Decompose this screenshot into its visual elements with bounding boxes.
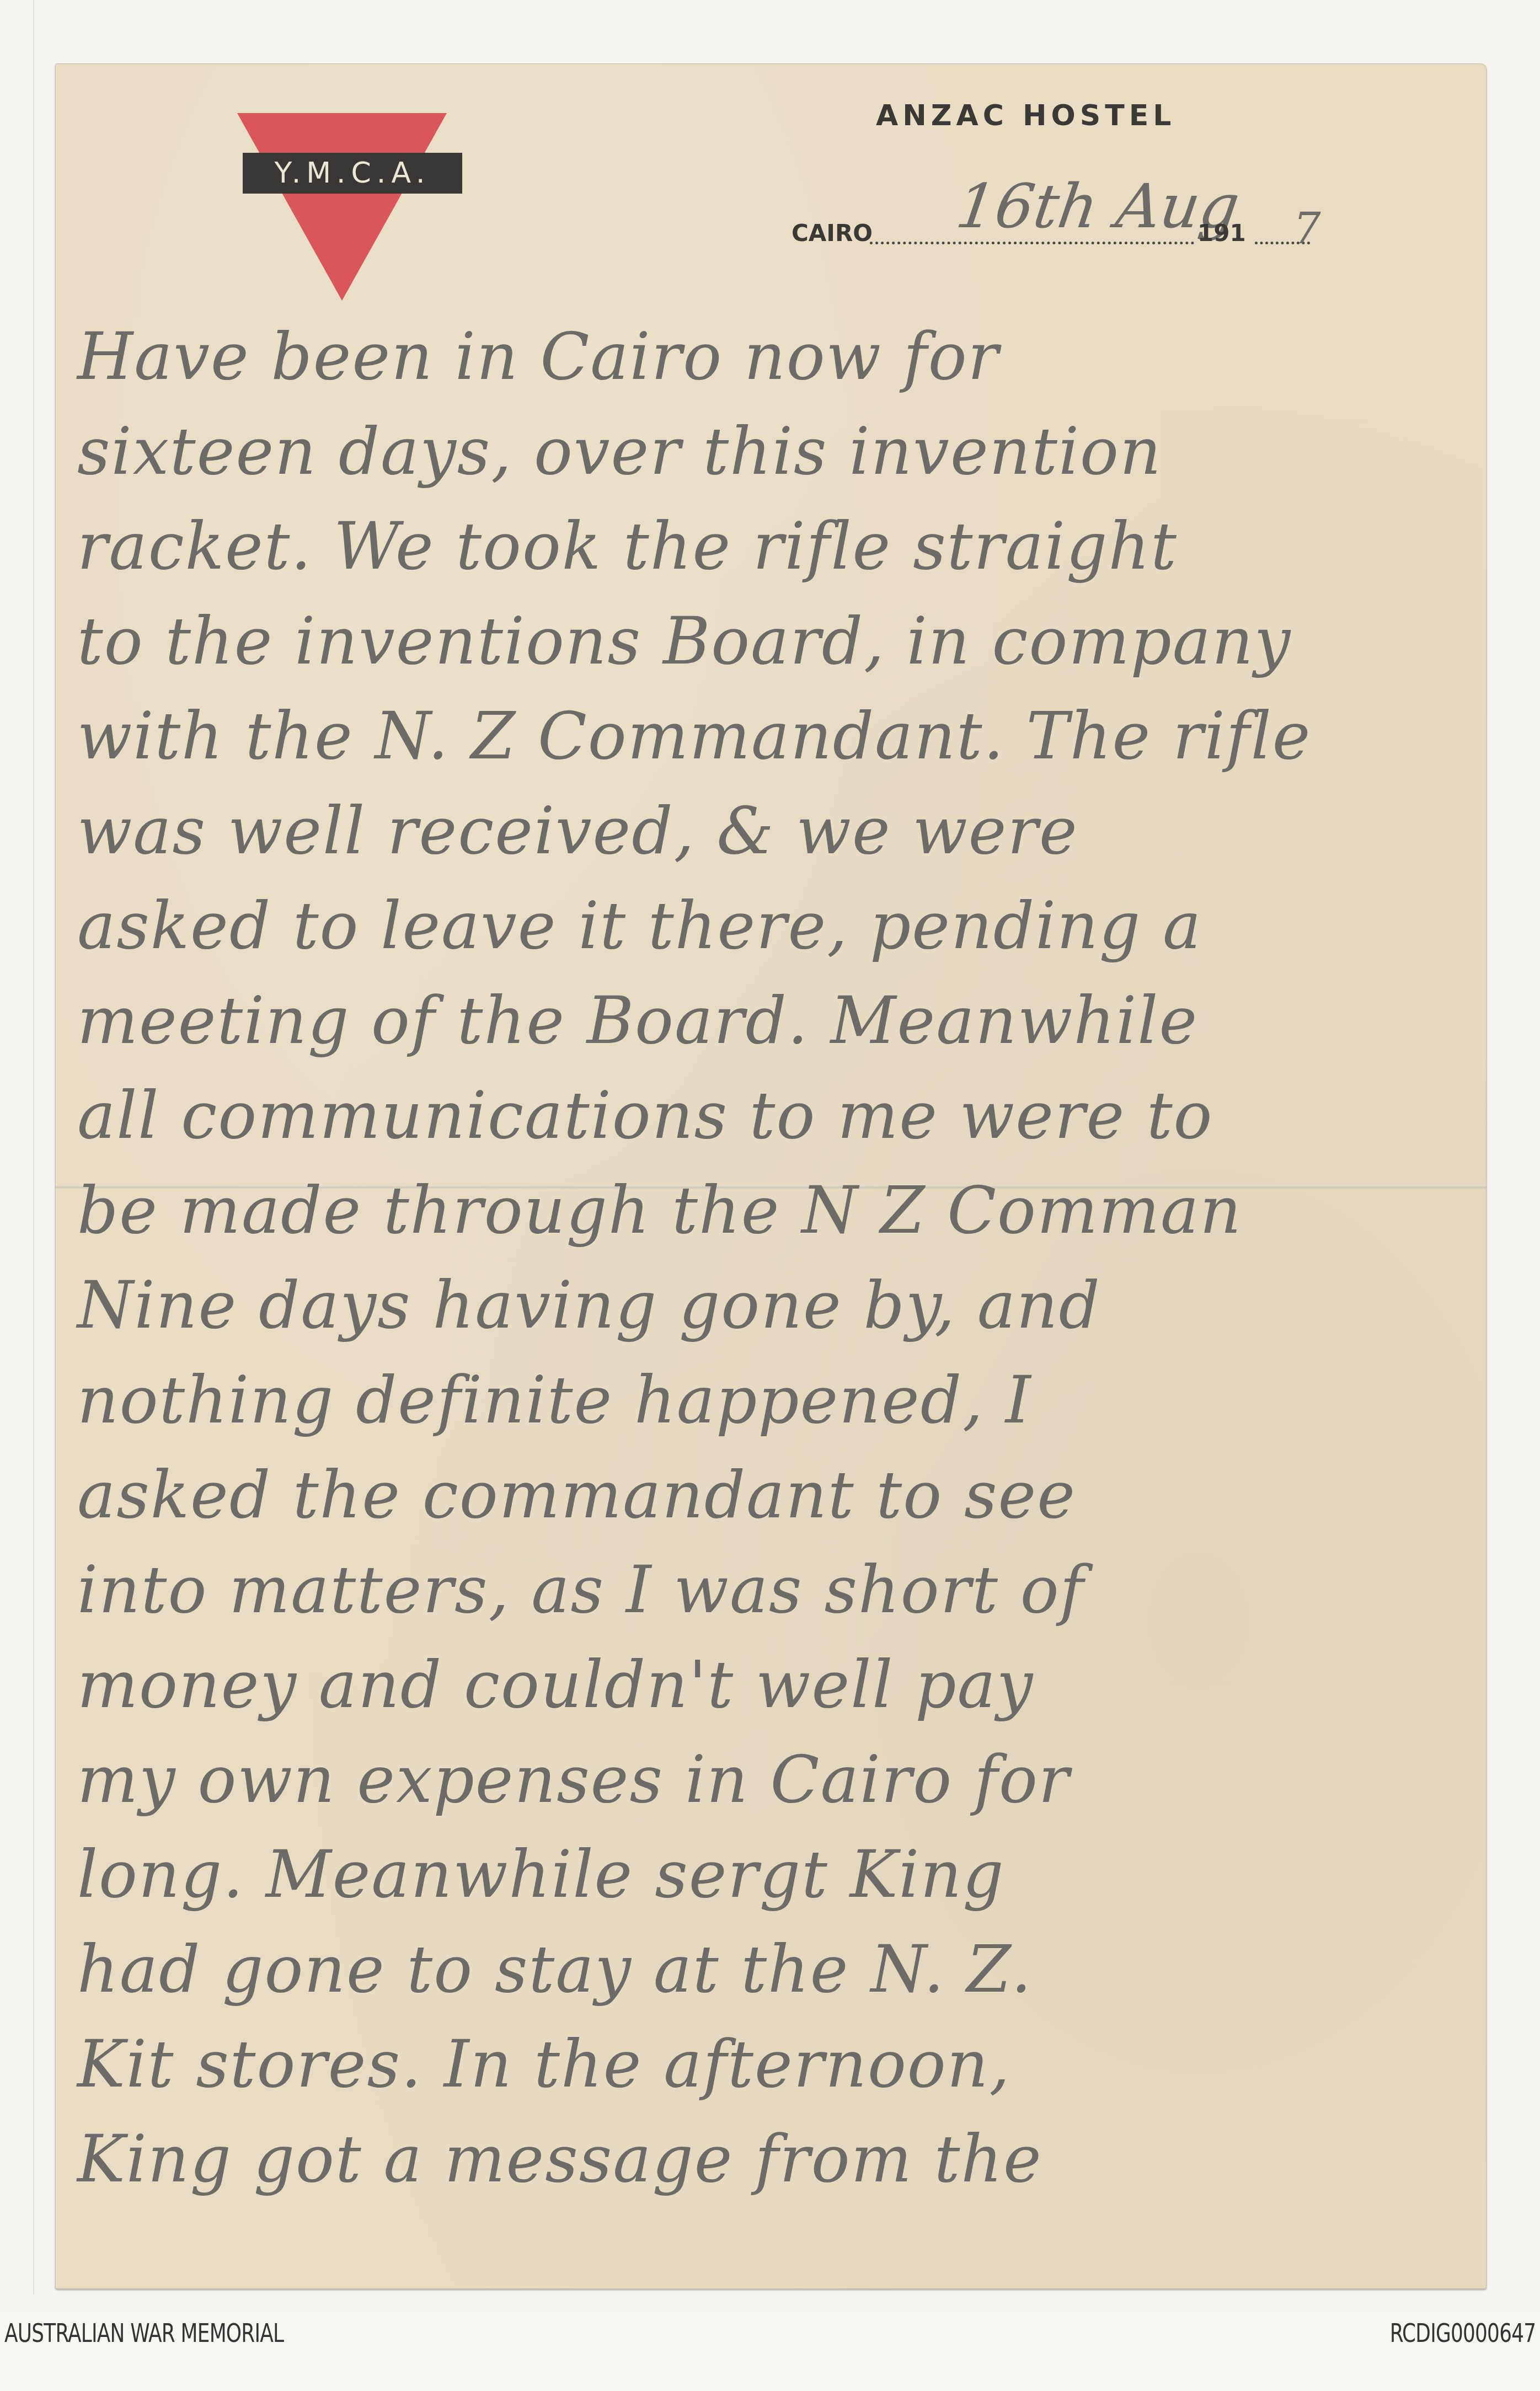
ymca-logo-band: Y.M.C.A.	[243, 153, 462, 194]
handwritten-line: Nine days having gone by, and	[77, 1258, 1445, 1352]
handwritten-year-digit: 7	[1293, 204, 1321, 254]
handwritten-line: sixteen days, over this invention	[77, 404, 1445, 499]
handwritten-line: asked to leave it there, pending a	[77, 878, 1445, 973]
letterhead-city: CAIRO	[792, 220, 873, 247]
dateline: CAIRO 16th Aug 191 7	[792, 215, 1354, 248]
handwritten-line: had gone to stay at the N. Z.	[77, 1922, 1445, 2016]
handwritten-line: into matters, as I was short of	[77, 1542, 1445, 1637]
handwritten-line: long. Meanwhile sergt King	[77, 1827, 1445, 1922]
scan-edge-line	[33, 0, 34, 2294]
handwritten-line: meeting of the Board. Meanwhile	[77, 973, 1445, 1068]
record-id-caption: RCDIG0000647	[1389, 2318, 1536, 2348]
ymca-red-triangle-icon	[237, 113, 447, 301]
letterhead-hostel-name: ANZAC HOSTEL	[876, 99, 1175, 132]
ymca-logo: Y.M.C.A.	[237, 113, 458, 312]
handwritten-line: asked the commandant to see	[77, 1447, 1445, 1542]
handwritten-line: racket. We took the rifle straight	[77, 499, 1445, 593]
letter-body: Have been in Cairo now for sixteen days,…	[77, 309, 1467, 2206]
letterhead-year-prefix: 191	[1197, 220, 1246, 247]
dateline-dotted-rule	[870, 242, 1194, 244]
handwritten-line: Kit stores. In the afternoon,	[77, 2016, 1445, 2111]
institution-caption: AUSTRALIAN WAR MEMORIAL	[4, 2318, 284, 2348]
handwritten-line: King got a message from the	[77, 2111, 1445, 2206]
handwritten-line: was well received, & we were	[77, 783, 1445, 878]
handwritten-line: all communications to me were to	[77, 1068, 1445, 1163]
handwritten-line: to the inventions Board, in company	[77, 593, 1445, 688]
handwritten-line: nothing definite happened, I	[77, 1352, 1445, 1447]
handwritten-line: Have been in Cairo now for	[77, 309, 1445, 404]
handwritten-line: money and couldn't well pay	[77, 1637, 1445, 1732]
handwritten-line: be made through the N Z Comman	[77, 1163, 1445, 1258]
handwritten-line: with the N. Z Commandant. The rifle	[77, 688, 1445, 783]
handwritten-line: my own expenses in Cairo for	[77, 1732, 1445, 1827]
